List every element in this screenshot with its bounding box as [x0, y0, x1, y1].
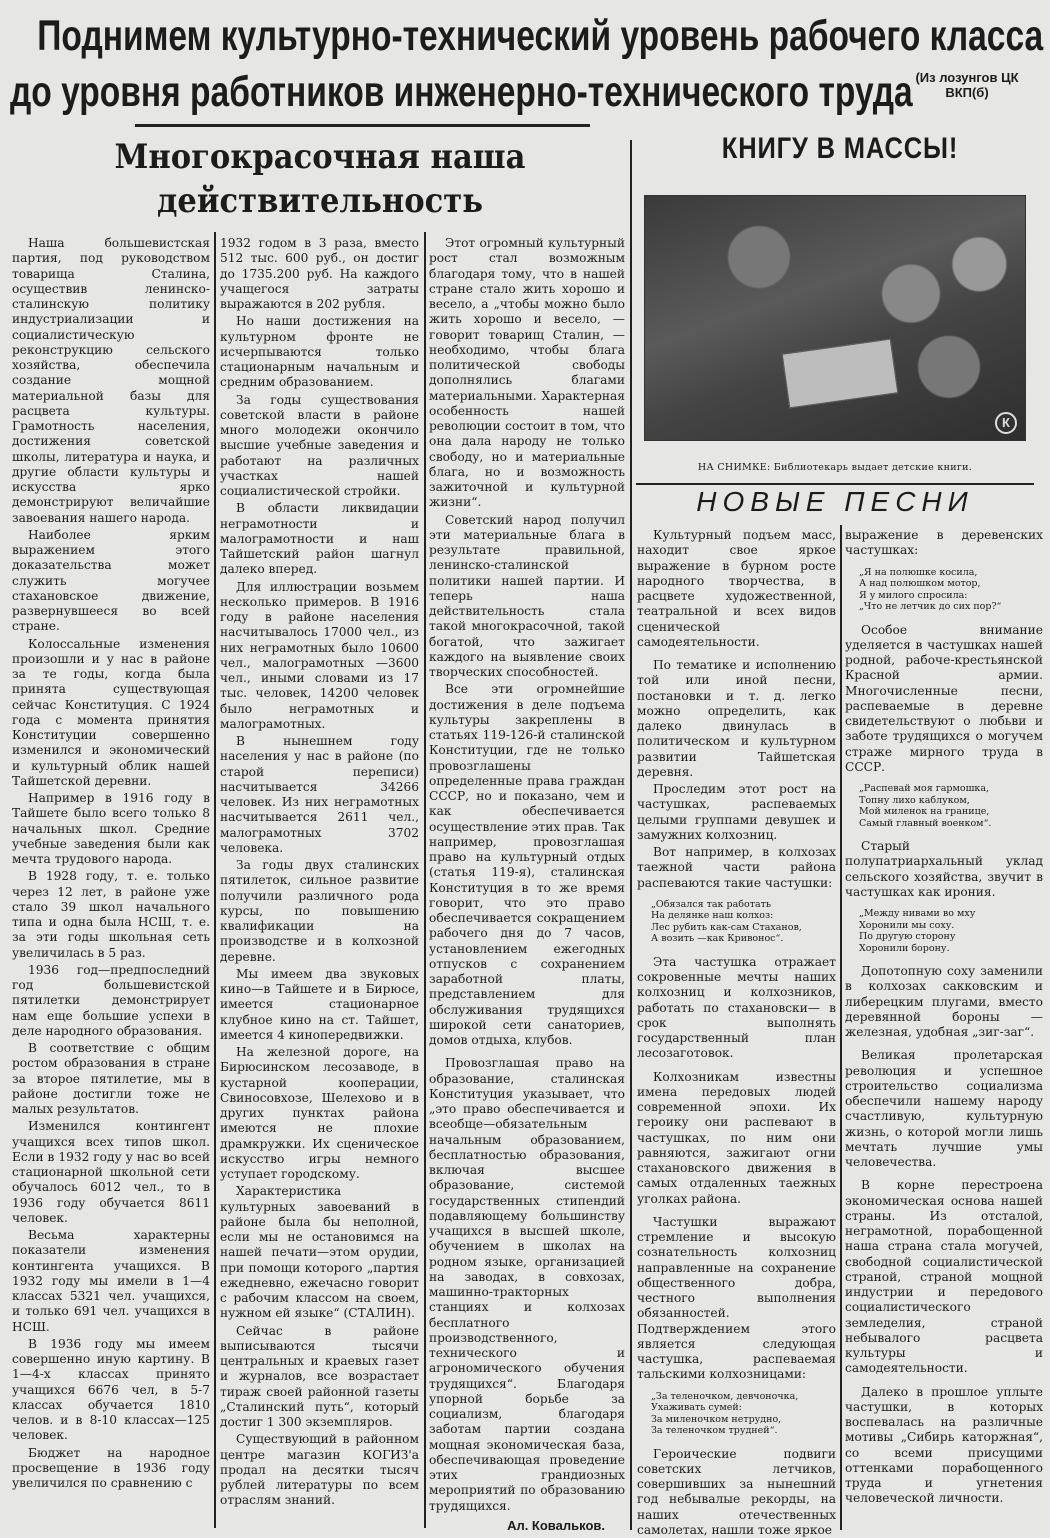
library-photo: К — [644, 195, 1026, 441]
paragraph: Провозглашая право на образование, стали… — [429, 1056, 625, 1514]
paragraph: За годы двух сталинских пятилеток, сильн… — [220, 858, 419, 965]
photo-caption: НА СНИМКЕ: Библиотекарь выдает детские к… — [644, 462, 1026, 473]
paragraph: Но наши достижения на культурном фронте … — [220, 314, 419, 390]
paragraph: В 1928 году, т. е. только через 12 лет, … — [12, 869, 210, 961]
paragraph: Изменился контингент учащихся всех типов… — [12, 1119, 210, 1226]
verse-line: „Я на полюшке косила, — [859, 567, 1043, 579]
verse-chastushka: „За теленочком, девчоночка, Ухаживать су… — [637, 1391, 836, 1437]
slogan-line-1: Поднимем культурно-технический уровень р… — [10, 8, 821, 64]
column-divider — [630, 140, 632, 1530]
verse-line: Ухаживать сумей: — [651, 1402, 836, 1414]
photo-agency-logo: К — [995, 412, 1017, 434]
verse-line: Хоронили мы соху. — [859, 920, 1043, 932]
newspaper-page: Поднимем культурно-технический уровень р… — [0, 0, 1050, 1538]
slogan-source: (Из лозунгов ЦК ВКП(б) — [912, 70, 1022, 100]
paragraph: Этот огромный культурный рост стал возмо… — [429, 236, 625, 511]
songs-column-left: Культурный подъем масс, находит свое ярк… — [637, 528, 836, 1538]
songs-column-right: выражение в деревенских частушках: „Я на… — [845, 528, 1043, 1509]
column-divider — [840, 525, 842, 1530]
paragraph: Все эти огромнейшие достижения в деле по… — [429, 682, 625, 1048]
verse-line: Топну лихо каблуком, — [859, 795, 1043, 807]
paragraph: Старый полупатриархальный уклад сельског… — [845, 839, 1043, 900]
paragraph: Наша большевистская партия, под руководс… — [12, 236, 210, 526]
verse-line: „Между нивами во мху — [859, 908, 1043, 920]
verse-line: „За теленочком, девчоночка, — [651, 1391, 836, 1403]
verse-line: „Обязался так работать — [651, 899, 836, 911]
verse-line: Я у милого спросила: — [859, 590, 1043, 602]
paragraph: В корне перестроена экономическая основа… — [845, 1178, 1043, 1376]
paragraph: Великая пролетарская революция и успешно… — [845, 1048, 1043, 1170]
paragraph: 1932 годом в 3 раза, вместо 512 тыс. 600… — [220, 236, 419, 312]
paragraph: Проследим этот рост на частушках, распев… — [637, 782, 836, 843]
paragraph: В нынешнем году населения у нас в районе… — [220, 734, 419, 856]
paragraph: Например в 1916 году в Тайшете было всег… — [12, 791, 210, 867]
paragraph: Существующий в районном центре магазин К… — [220, 1432, 419, 1508]
main-article-column-3: Этот огромный культурный рост стал возмо… — [429, 236, 625, 1535]
paragraph: Вот например, в колхозах таежной части р… — [637, 845, 836, 891]
verse-line: Мой миленок на границе, — [859, 806, 1043, 818]
paragraph: В 1936 году мы имеем совершенно иную кар… — [12, 1337, 210, 1444]
verse-line: А возить —как Кривонос“. — [651, 933, 836, 945]
verse-line: „Что не летчик до сих пор?“ — [859, 601, 1043, 613]
paragraph: Весьма характерны показатели изменения к… — [12, 1228, 210, 1335]
paragraph: Героические подвиги советских летчиков, … — [637, 1447, 836, 1538]
paragraph: В соответствие с общим ростом образовани… — [12, 1041, 210, 1117]
article-author: Ал. Ковальков. — [429, 1518, 625, 1533]
verse-line: „Распевай моя гармошка, — [859, 783, 1043, 795]
main-article-column-1: Наша большевистская партия, под руководс… — [12, 236, 210, 1493]
verse-chastushka: „Я на полюшке косила, А над полюшком мот… — [845, 567, 1043, 613]
verse-chastushka: „Обязался так работать На делянке наш ко… — [637, 899, 836, 945]
book-image — [782, 339, 899, 409]
slogan-line-2: до уровня работников инженерно-техническ… — [10, 64, 821, 120]
paragraph: Мы имеем два звуковых кино—в Тайшете и в… — [220, 967, 419, 1043]
column-divider — [424, 232, 426, 1528]
paragraph: Колоссальные изменения произошли и у нас… — [12, 637, 210, 790]
paragraph: Далеко в прошлое уплыте частушки, в кото… — [845, 1385, 1043, 1507]
songs-article-title: НОВЫЕ ПЕСНИ — [640, 486, 1030, 518]
paragraph: Колхозникам известны имена передовых люд… — [637, 1070, 836, 1207]
slogan-headline: Поднимем культурно-технический уровень р… — [10, 8, 821, 120]
paragraph: Сейчас в районе выписываются тысячи цент… — [220, 1324, 419, 1431]
paragraph: Особое внимание уделяется в частушках на… — [845, 623, 1043, 776]
verse-chastushka: „Распевай моя гармошка, Топну лихо каблу… — [845, 783, 1043, 829]
verse-line: На делянке наш колхоз: — [651, 910, 836, 922]
verse-chastushka: „Между нивами во мху Хоронили мы соху. П… — [845, 908, 1043, 954]
paragraph: выражение в деревенских частушках: — [845, 528, 1043, 559]
main-article-column-2: 1932 годом в 3 раза, вместо 512 тыс. 600… — [220, 236, 419, 1511]
header-divider — [135, 124, 590, 127]
paragraph: Советский народ получил эти материальные… — [429, 513, 625, 681]
paragraph: 1936 год—предпоследний год большевистско… — [12, 963, 210, 1039]
paragraph: По тематике и исполнению той или иной пе… — [637, 658, 836, 780]
paragraph: За годы существования советской власти в… — [220, 393, 419, 500]
books-section-title: КНИГУ В МАССЫ! — [670, 132, 1010, 166]
verse-line: Хоронили борону. — [859, 943, 1043, 955]
verse-line: А над полюшком мотор, — [859, 578, 1043, 590]
paragraph: Характеристика культурных завоеваний в р… — [220, 1184, 419, 1321]
verse-line: За теленочком трудней“. — [651, 1425, 836, 1437]
paragraph: Наиболее ярким выражением этого доказате… — [12, 528, 210, 635]
songs-divider — [636, 483, 1034, 485]
verse-line: Самый главный военком“. — [859, 818, 1043, 830]
column-divider — [214, 232, 216, 1528]
paragraph: Бюджет на народное просвещение в 1936 го… — [12, 1446, 210, 1492]
paragraph: Частушки выражают стремление и высокую с… — [637, 1215, 836, 1383]
paragraph: Для иллюстрации возьмем несколько пример… — [220, 580, 419, 733]
paragraph: В области ликвидации неграмотности и мал… — [220, 501, 419, 577]
paragraph: Культурный подъем масс, находит свое ярк… — [637, 528, 836, 650]
paragraph: Эта частушка отражает сокровенные мечты … — [637, 955, 836, 1062]
verse-line: Лес рубить как-сам Стаханов, — [651, 922, 836, 934]
paragraph: Допотопную соху заменили в колхозах сакк… — [845, 964, 1043, 1040]
paragraph: На железной дороге, на Бирюсинском лесоз… — [220, 1045, 419, 1182]
verse-line: По другую сторону — [859, 931, 1043, 943]
main-article-title: Многокрасочная наша действительность — [50, 135, 590, 223]
verse-line: За миленочком нетрудно, — [651, 1414, 836, 1426]
